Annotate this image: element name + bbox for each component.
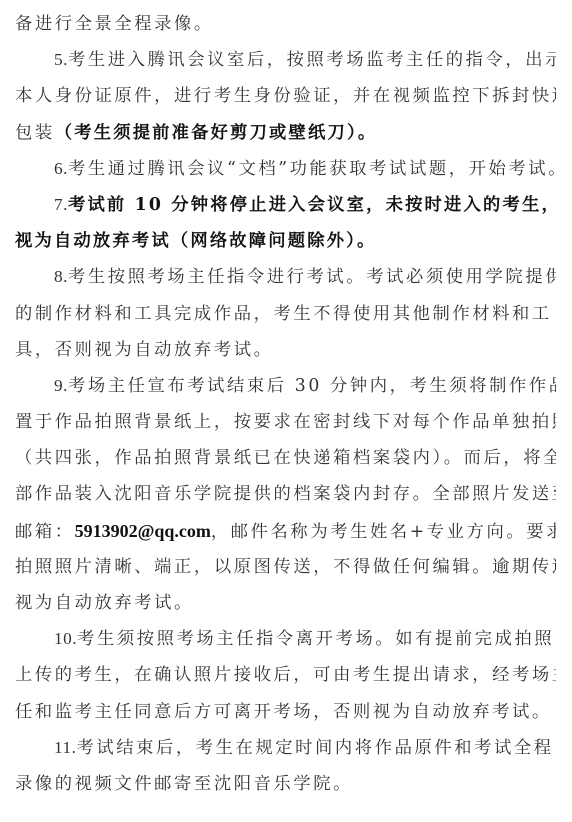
item-7-line-2: 视为自动放弃考试（网络故障问题除外）。 xyxy=(15,223,556,259)
email-label: 邮箱： xyxy=(15,522,75,542)
item-11-line-2: 录像的视频文件邮寄至沈阳音乐学院。 xyxy=(15,766,556,802)
item-5-line-1: 5.考生进入腾讯会议室后，按照考场监考主任的指令，出示 xyxy=(15,42,556,78)
item-9-line-6: 拍照照片清晰、端正，以原图传送，不得做任何编辑。逾期传送 xyxy=(15,549,556,585)
item-8-line-2: 的制作材料和工具完成作品，考生不得使用其他制作材料和工 xyxy=(15,296,556,332)
item-5-line-3: 包装（考生须提前准备好剪刀或壁纸刀）。 xyxy=(15,115,556,151)
item-10-line-1: 10.考生须按照考场主任指令离开考场。如有提前完成拍照 xyxy=(15,621,556,657)
item-10-line-3: 任和监考主任同意后方可离开考场，否则视为自动放弃考试。 xyxy=(15,694,556,730)
item-number: 5. xyxy=(54,50,68,69)
item-number: 8. xyxy=(54,267,68,286)
line-text: 包装 xyxy=(15,123,55,143)
line-text: 录像的视频文件邮寄至沈阳音乐学院。 xyxy=(15,774,353,794)
line-text: 部作品装入沈阳音乐学院提供的档案袋内封存。全部照片发送至 xyxy=(15,484,556,504)
line-text: 具，否则视为自动放弃考试。 xyxy=(15,340,273,360)
item-number: 7. xyxy=(54,195,68,214)
line-text: 考生按照考场主任指令进行考试。考试必须使用学院提供 xyxy=(68,267,556,287)
item-9-line-4: 部作品装入沈阳音乐学院提供的档案袋内封存。全部照片发送至 xyxy=(15,476,556,512)
item-10-line-2: 上传的考生，在确认照片接收后，可由考生提出请求，经考场主 xyxy=(15,657,556,693)
bold-note: （考生须提前准备好剪刀或壁纸刀）。 xyxy=(55,123,378,143)
line-text: 视为自动放弃考试。 xyxy=(15,593,194,613)
line-text: 考生须按照考场主任指令离开考场。如有提前完成拍照 xyxy=(77,629,554,649)
line-text: 上传的考生，在确认照片接收后，可由考生提出请求，经考场主 xyxy=(15,665,556,685)
item-9-line-7: 视为自动放弃考试。 xyxy=(15,585,556,621)
line-text: ，邮件名称为考生姓名+专业方向。要求 xyxy=(211,522,556,542)
text-line: 备进行全景全程录像。 xyxy=(15,6,556,42)
line-text: 考场主任宣布考试结束后 30 分钟内，考生须将制作作品 xyxy=(68,376,556,396)
line-text: 考试结束后，考生在规定时间内将作品原件和考试全程 xyxy=(76,738,553,758)
item-8-line-3: 具，否则视为自动放弃考试。 xyxy=(15,332,556,368)
item-9-line-1: 9.考场主任宣布考试结束后 30 分钟内，考生须将制作作品 xyxy=(15,368,556,404)
item-6-line-1: 6.考生通过腾讯会议“文档”功能获取考试试题，开始考试。 xyxy=(15,151,556,187)
line-text: 备进行全景全程录像。 xyxy=(15,14,214,34)
bold-text: 视为自动放弃考试（网络故障问题除外）。 xyxy=(15,231,377,251)
item-number: 11. xyxy=(54,738,76,757)
line-text: 的制作材料和工具完成作品，考生不得使用其他制作材料和工 xyxy=(15,304,552,324)
item-number: 6. xyxy=(54,159,68,178)
email-address[interactable]: 5913902@qq.com xyxy=(75,521,211,541)
item-9-line-3: （共四张，作品拍照背景纸已在快递箱档案袋内）。而后，将全 xyxy=(15,440,556,476)
item-11-line-1: 11.考试结束后，考生在规定时间内将作品原件和考试全程 xyxy=(15,730,556,766)
item-8-line-1: 8.考生按照考场主任指令进行考试。考试必须使用学院提供 xyxy=(15,259,556,295)
document-body: 备进行全景全程录像。 5.考生进入腾讯会议室后，按照考场监考主任的指令，出示 本… xyxy=(0,0,572,802)
line-text: 任和监考主任同意后方可离开考场，否则视为自动放弃考试。 xyxy=(15,702,552,722)
line-text: 拍照照片清晰、端正，以原图传送，不得做任何编辑。逾期传送 xyxy=(15,557,556,577)
line-text: 本人身份证原件，进行考生身份验证，并在视频监控下拆封快递 xyxy=(15,86,556,106)
line-text: （共四张，作品拍照背景纸已在快递箱档案袋内）。而后，将全 xyxy=(15,448,556,468)
bold-text: 考试前 10 分钟将停止进入会议室，未按时进入的考生， xyxy=(68,195,556,215)
item-7-line-1: 7.考试前 10 分钟将停止进入会议室，未按时进入的考生， xyxy=(15,187,556,223)
line-text: 考生通过腾讯会议“文档”功能获取考试试题，开始考试。 xyxy=(68,159,556,179)
item-5-line-2: 本人身份证原件，进行考生身份验证，并在视频监控下拆封快递 xyxy=(15,78,556,114)
item-9-line-2: 置于作品拍照背景纸上，按要求在密封线下对每个作品单独拍照 xyxy=(15,404,556,440)
item-number: 9. xyxy=(54,376,68,395)
item-number: 10. xyxy=(54,629,77,648)
line-text: 考生进入腾讯会议室后，按照考场监考主任的指令，出示 xyxy=(68,50,556,70)
item-9-line-5: 邮箱：5913902@qq.com，邮件名称为考生姓名+专业方向。要求 xyxy=(15,513,556,549)
line-text: 置于作品拍照背景纸上，按要求在密封线下对每个作品单独拍照 xyxy=(15,412,556,432)
